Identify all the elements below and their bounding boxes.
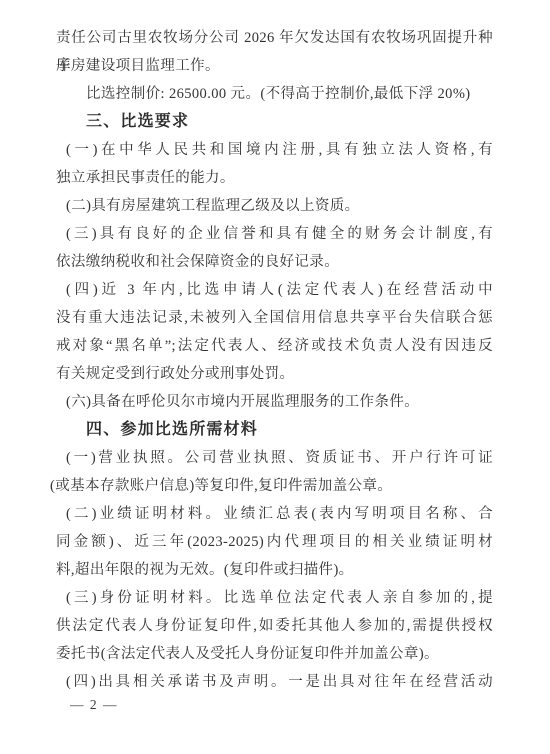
text-line: 料,超出年限的视为无效。(复印件或扫描件)。 [56,556,493,584]
text-line: (或基本存款账户信息)等复印件,复印件需加盖公章。 [50,472,493,500]
document-body: 责任公司古里农牧场分公司 2026 年欠发达国有农牧场巩固提升种子库房建设项目监… [56,24,493,696]
text-line: (二)具有房屋建筑工程监理乙级及以上资质。 [56,192,493,220]
document-page: 责任公司古里农牧场分公司 2026 年欠发达国有农牧场巩固提升种子库房建设项目监… [0,0,550,754]
text-line: 戒对象“黑名单”;法定代表人、经济或技术负责人没有因违反 [56,332,493,360]
text-line: (二)业绩证明材料。业绩汇总表(表内写明项目名称、合 [56,500,493,528]
text-line: (一)营业执照。公司营业执照、资质证书、开户行许可证 [56,444,493,472]
text-line: 比选控制价: 26500.00 元。(不得高于控制价,最低下浮 20%) [56,80,493,108]
text-line: 库房建设项目监理工作。 [56,52,493,80]
text-line: 委托书(含法定代表人及受托人身份证复印件并加盖公章)。 [56,640,493,668]
text-line: 同金额)、近三年(2023-2025)内代理项目的相关业绩证明材 [56,528,493,556]
text-line: 没有重大违法记录,未被列入全国信用信息共享平台失信联合惩 [56,304,493,332]
text-line: 责任公司古里农牧场分公司 2026 年欠发达国有农牧场巩固提升种子 [56,24,493,52]
text-line: (六)具备在呼伦贝尔市境内开展监理服务的工作条件。 [56,388,493,416]
text-line: (三)身份证明材料。比选单位法定代表人亲自参加的,提 [56,584,493,612]
text-line: 独立承担民事责任的能力。 [56,164,493,192]
section-heading: 三、比选要求 [56,108,493,136]
page-number: — 2 — [70,697,118,713]
text-line: 有关规定受到行政处分或刑事处罚。 [56,360,493,388]
text-line: (一)在中华人民共和国境内注册,具有独立法人资格,有 [56,136,493,164]
text-line: (四)出具相关承诺书及声明。一是出具对往年在经营活动 [56,668,493,696]
text-line: (三)具有良好的企业信誉和具有健全的财务会计制度,有 [56,220,493,248]
section-heading: 四、参加比选所需材料 [56,416,493,444]
text-line: 依法缴纳税收和社会保障资金的良好记录。 [56,248,493,276]
text-line: (四)近 3 年内,比选申请人(法定代表人)在经营活动中 [56,276,493,304]
text-line: 供法定代表人身份证复印件,如委托其他人参加的,需提供授权 [56,612,493,640]
